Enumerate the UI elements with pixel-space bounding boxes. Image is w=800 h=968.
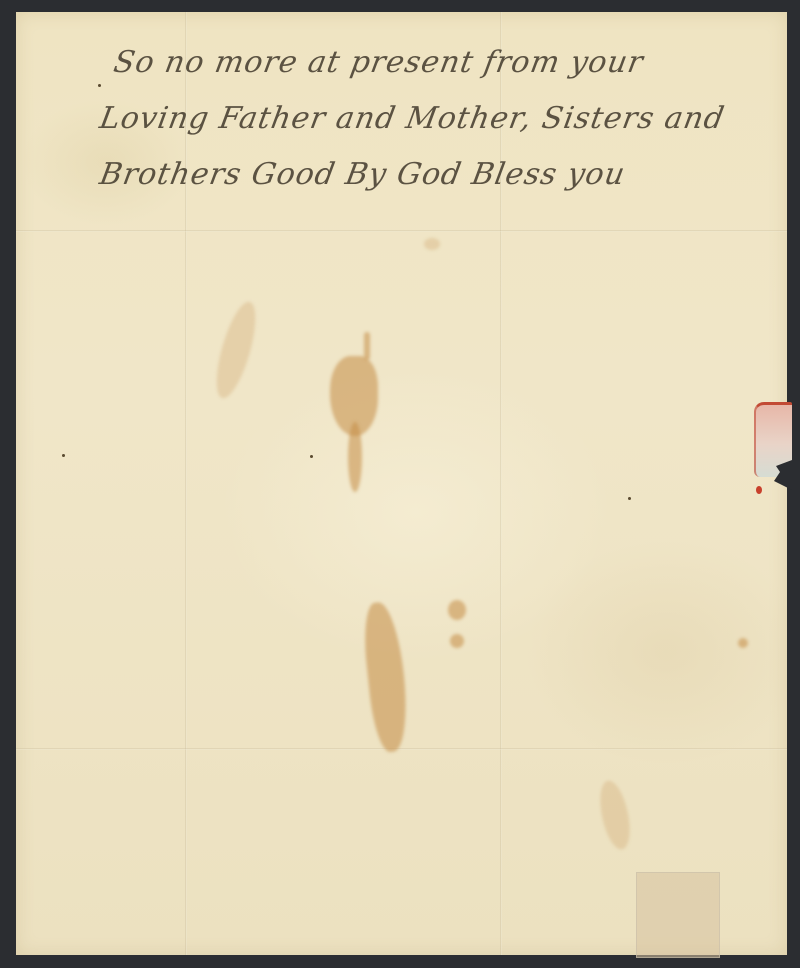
stain	[364, 332, 370, 360]
handwritten-line: So no more at present from your	[95, 35, 725, 91]
paper-repair-patch	[636, 872, 720, 958]
handwritten-closing: So no more at present from your Loving F…	[100, 35, 720, 203]
stain	[738, 638, 748, 648]
horizontal-fold-bottom	[16, 748, 787, 750]
horizontal-fold-top	[16, 230, 787, 232]
wax-seal-drop	[756, 486, 762, 494]
stain	[348, 422, 362, 492]
speck	[62, 454, 65, 457]
handwritten-line: Loving Father and Mother, Sisters and	[95, 91, 725, 147]
stain	[424, 238, 440, 250]
stain	[595, 778, 635, 852]
speck	[310, 455, 313, 458]
speck	[628, 497, 631, 500]
stain	[360, 601, 411, 754]
stain	[450, 634, 464, 648]
stain	[209, 298, 263, 402]
stain	[448, 600, 466, 620]
handwritten-line: Brothers Good By God Bless you	[95, 147, 725, 203]
